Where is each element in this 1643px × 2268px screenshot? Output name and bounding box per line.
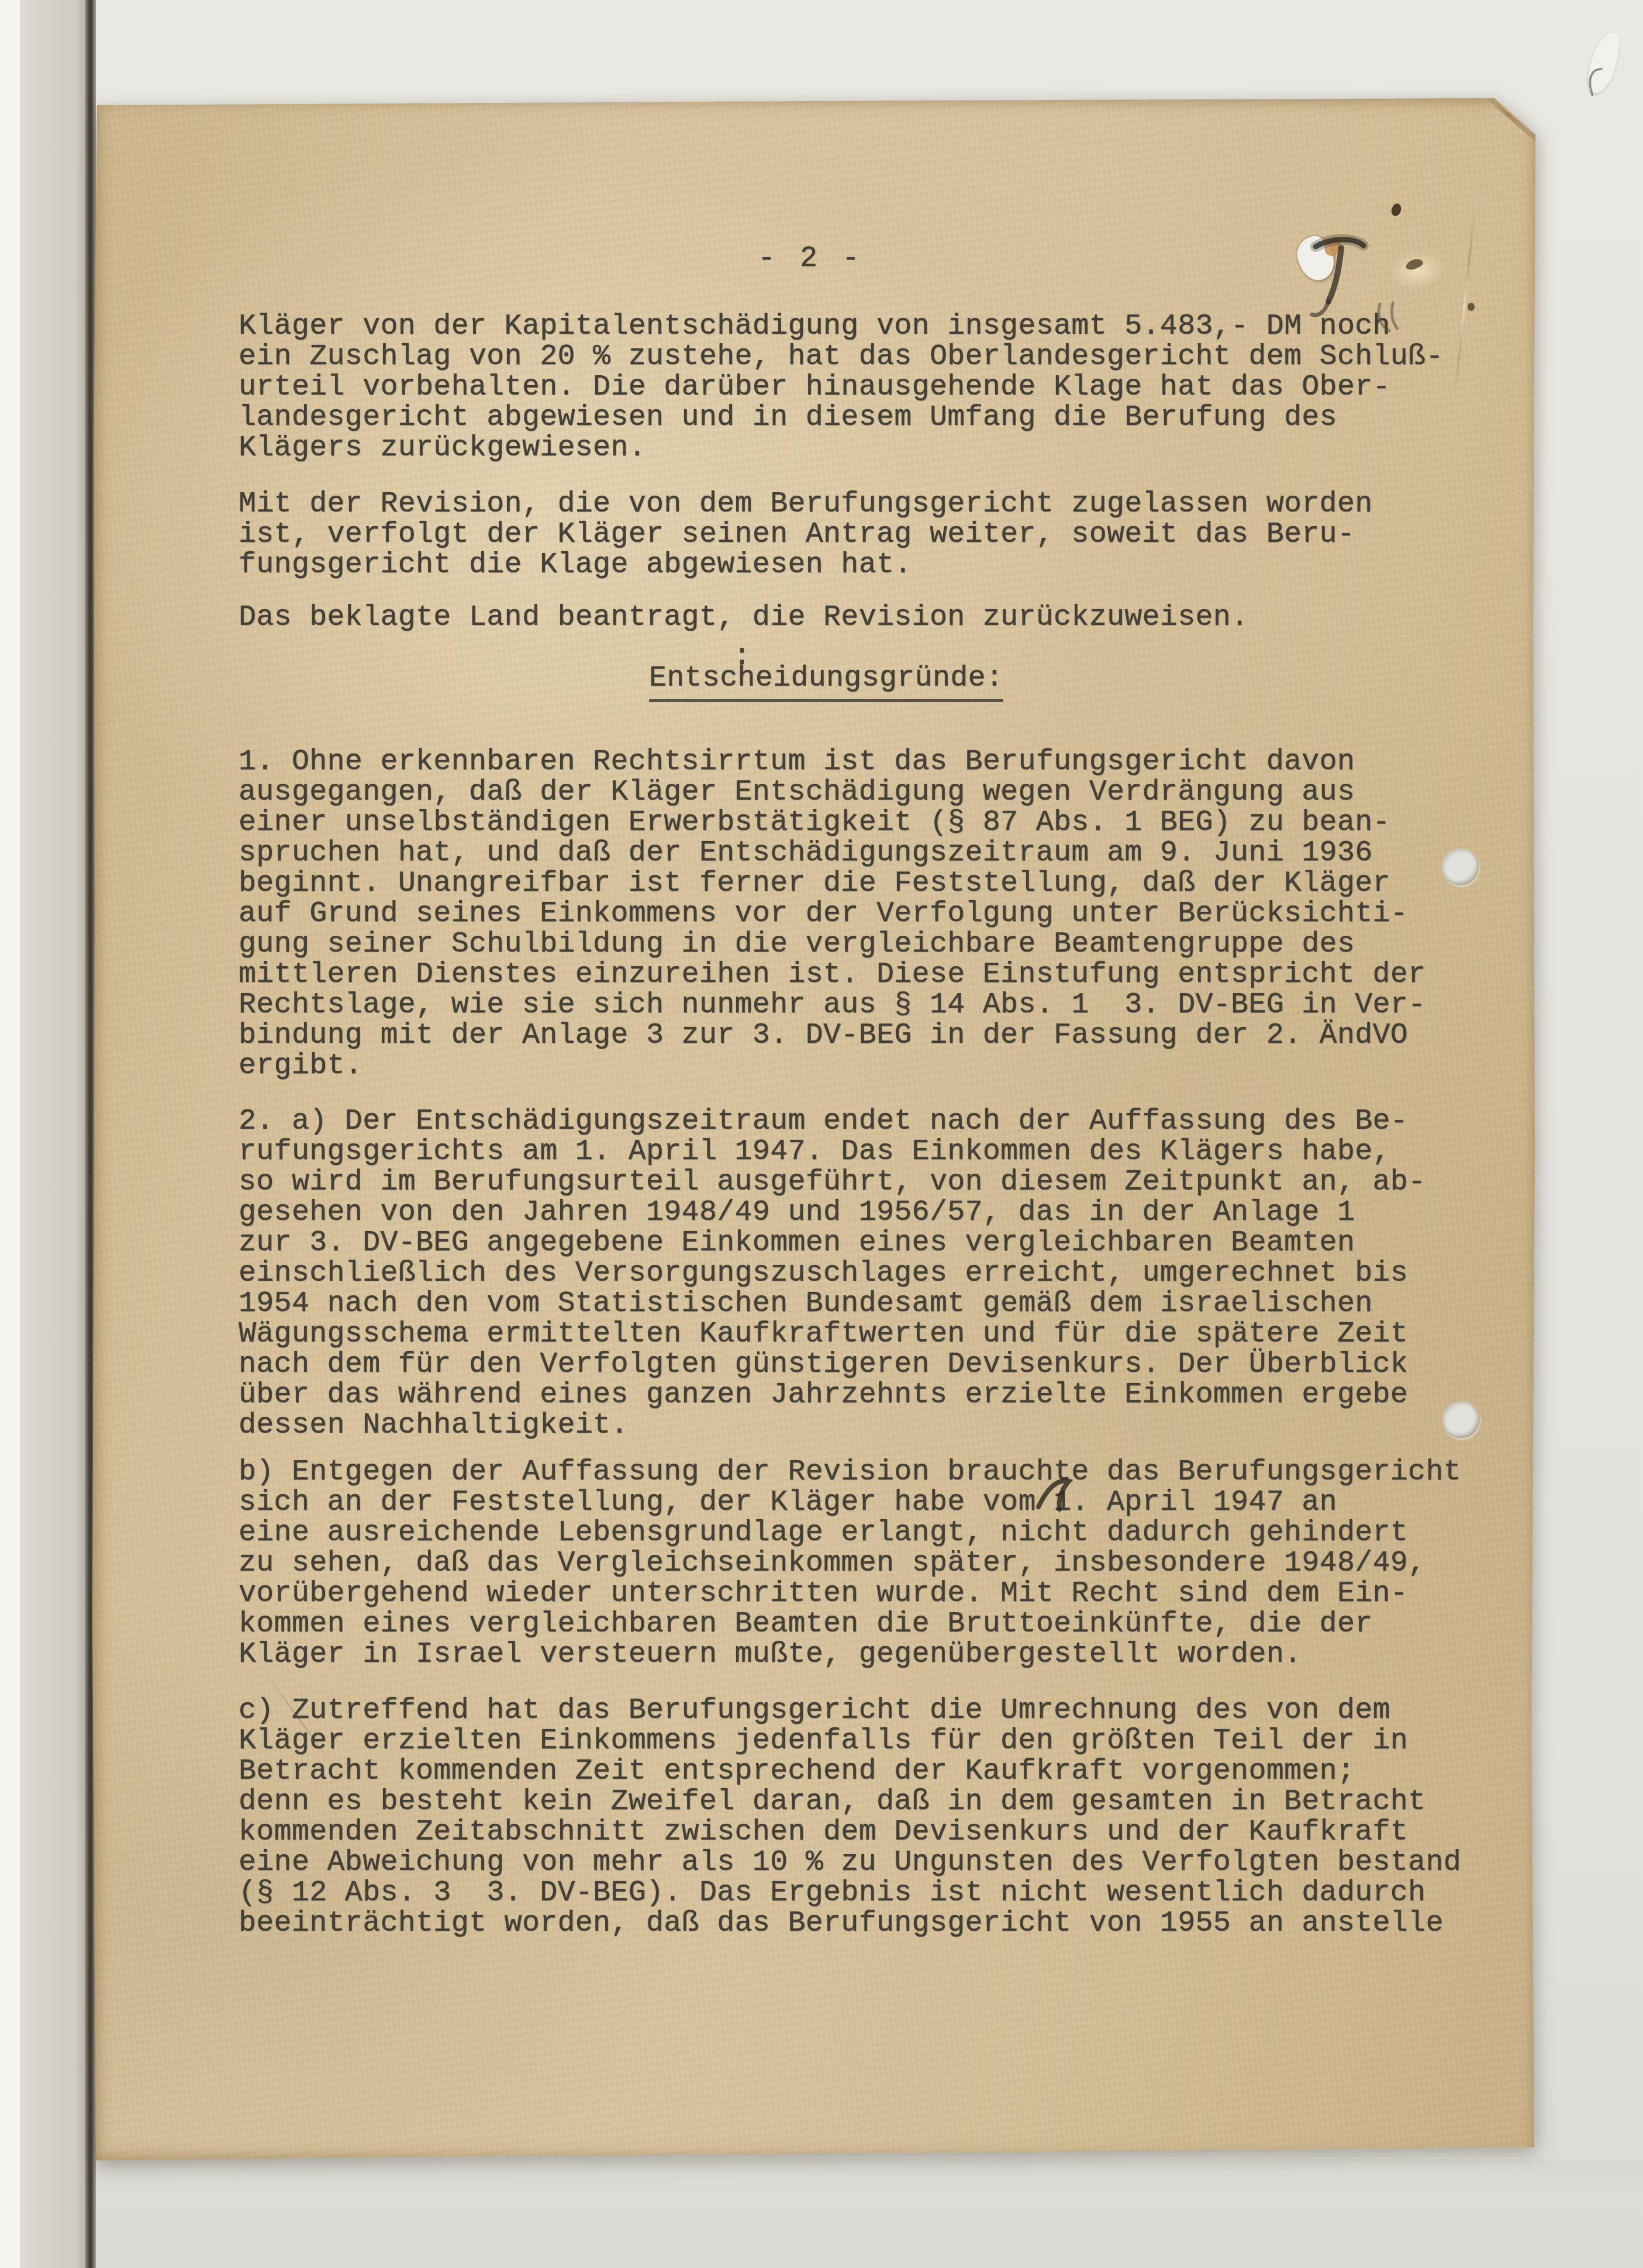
paragraph-revision: Mit der Revision, die von dem Berufungsg… — [239, 489, 1502, 580]
paper-shadow-wrapper: - 2 - Kläger von der Kapitalentschädigun… — [0, 0, 1643, 2268]
paragraph-section-2a: 2. a) Der Entschädigungszeitraum endet n… — [239, 1107, 1502, 1441]
paper-sheet: - 2 - Kläger von der Kapitalentschädigun… — [92, 98, 1537, 2160]
page-number: - 2 - — [717, 244, 904, 274]
handwritten-mark-icon — [1033, 1473, 1079, 1520]
paragraph-section-2b: b) Entgegen der Auffassung der Revision … — [239, 1457, 1502, 1670]
stain-dot-icon — [1468, 303, 1475, 311]
punch-hole-top — [1442, 848, 1479, 886]
paragraph-section-2c: c) Zutreffend hat das Berufungsgericht d… — [239, 1696, 1502, 1939]
ink-stain-icon — [1305, 234, 1416, 339]
paragraph-beklagtes-land: Das beklagte Land beantragt, die Revisio… — [239, 603, 1502, 633]
punch-hole-bottom — [1442, 1401, 1480, 1439]
section-heading-entscheidungsgruende: Entscheidungsgründe: — [649, 663, 1003, 702]
paragraph-section-1: 1. Ohne erkennbaren Rechtsirrtum ist das… — [239, 747, 1502, 1081]
